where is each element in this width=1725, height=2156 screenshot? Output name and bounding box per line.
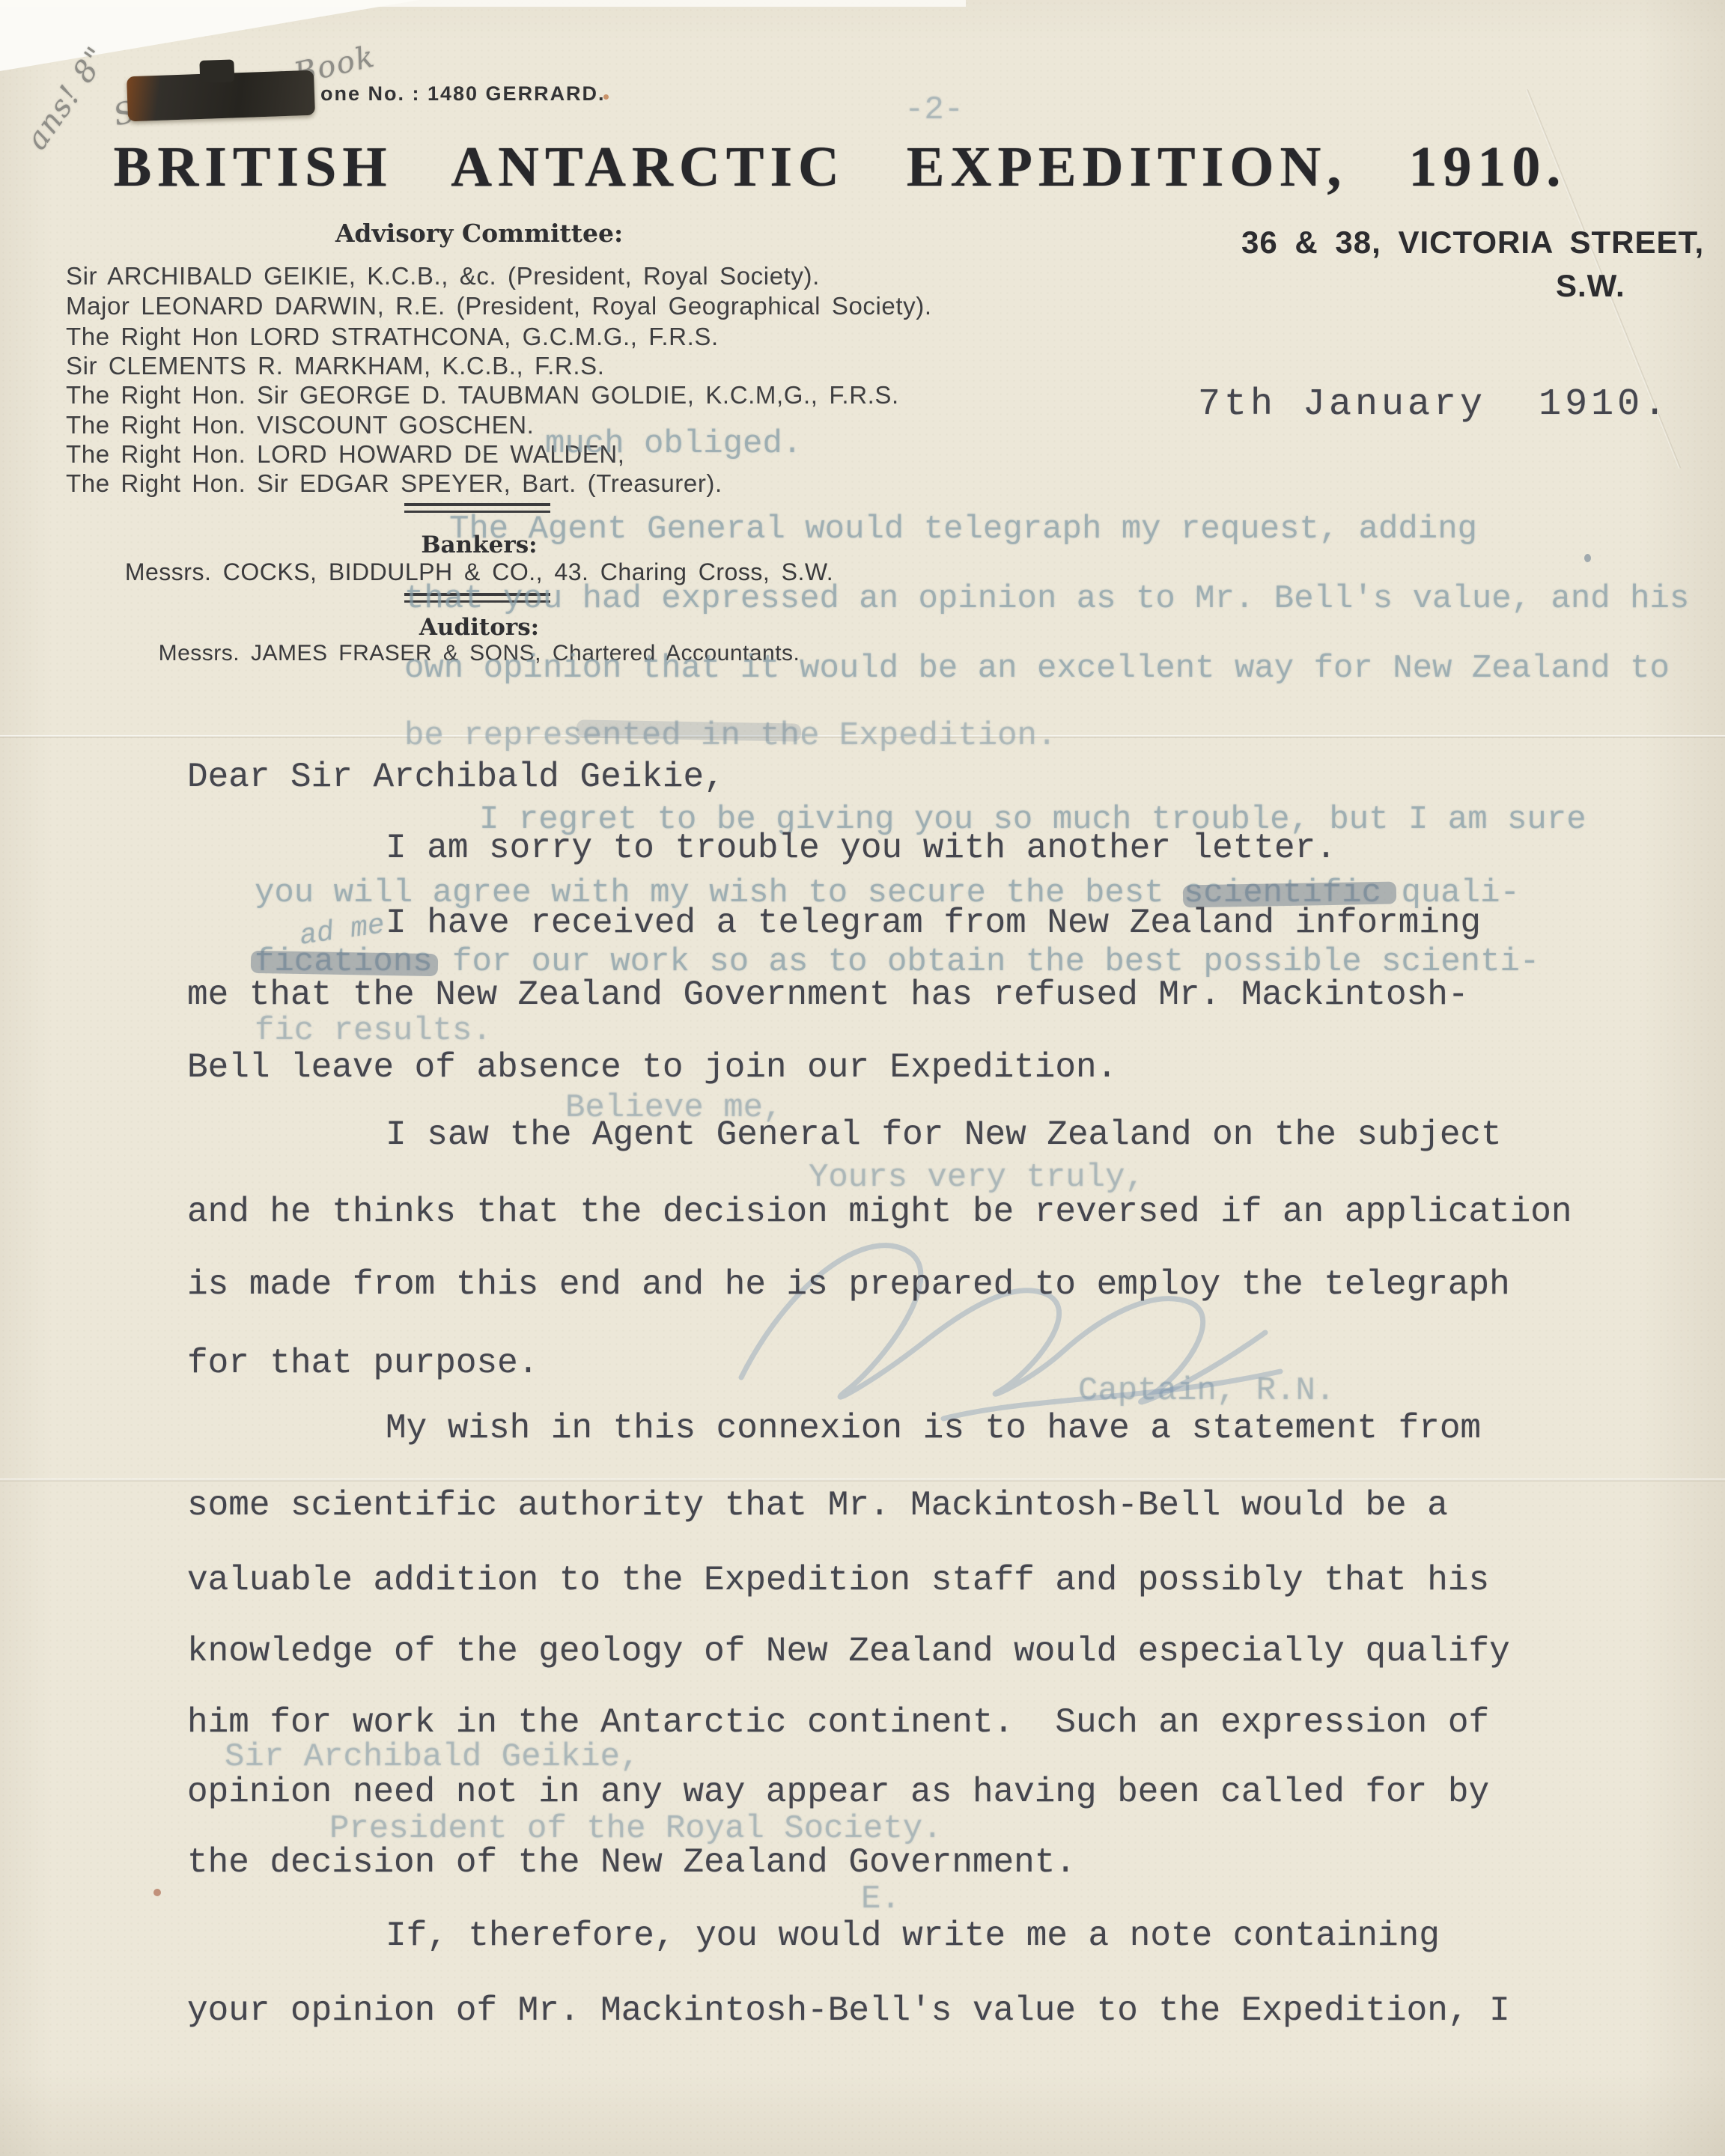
letter-line: is made from this end and he is prepared… bbox=[187, 1265, 1510, 1304]
signature-bleedthrough bbox=[696, 1198, 1310, 1430]
letter-line: If, therefore, you would write me a note… bbox=[386, 1916, 1440, 1955]
letter-line: My wish in this connexion is to have a s… bbox=[386, 1409, 1481, 1448]
horizontal-fold-crease bbox=[0, 1479, 1725, 1482]
committee-member: Sir ARCHIBALD GEIKIE, K.C.B., &c. (Presi… bbox=[66, 262, 820, 290]
bleedthrough-line: that you had expressed an opinion as to … bbox=[404, 580, 1689, 618]
letter-line: knowledge of the geology of New Zealand … bbox=[187, 1632, 1510, 1671]
salutation: Dear Sir Archibald Geikie, bbox=[187, 758, 725, 797]
scan-top-edge bbox=[0, 0, 966, 7]
letter-line: I saw the Agent General for New Zealand … bbox=[386, 1115, 1502, 1154]
letter-scan-page: ans! 8" See Letter Book one No. : 1480 G… bbox=[0, 0, 1725, 2156]
bleedthrough-line: E. bbox=[861, 1881, 901, 1918]
bleedthrough-line: President of the Royal Society. bbox=[329, 1810, 943, 1848]
committee-member: The Right Hon. VISCOUNT GOSCHEN. bbox=[66, 411, 534, 439]
letter-line: I am sorry to trouble you with another l… bbox=[386, 829, 1336, 868]
letter-line: Bell leave of absence to join our Expedi… bbox=[187, 1048, 1117, 1087]
letter-line: valuable addition to the Expedition staf… bbox=[187, 1561, 1489, 1600]
committee-member: The Right Hon. LORD HOWARD DE WALDEN, bbox=[66, 440, 625, 469]
committee-member: Major LEONARD DARWIN, R.E. (President, R… bbox=[66, 292, 932, 320]
bleedthrough-line: Yours very truly, bbox=[809, 1159, 1145, 1196]
auditors-heading: Auditors: bbox=[0, 614, 958, 641]
letter-line: for that purpose. bbox=[187, 1344, 538, 1383]
letterhead-title: BRITISH ANTARCTIC EXPEDITION, 1910. bbox=[0, 135, 1680, 200]
staple bbox=[127, 70, 315, 122]
address-line-2: S.W. bbox=[1556, 268, 1625, 304]
letter-line: opinion need not in any way appear as ha… bbox=[187, 1773, 1489, 1812]
bleedthrough-line: Sir Archibald Geikie, bbox=[225, 1738, 640, 1776]
phone-number-line: one No. : 1480 GERRARD. bbox=[320, 82, 606, 106]
letter-line: I have received a telegram from New Zeal… bbox=[386, 904, 1481, 943]
letter-line: the decision of the New Zealand Governme… bbox=[187, 1843, 1076, 1882]
date-line: 7th January 1910. bbox=[1198, 383, 1670, 426]
letter-line: your opinion of Mr. Mackintosh-Bell's va… bbox=[187, 1991, 1510, 2030]
paper-speck bbox=[1584, 554, 1591, 562]
letter-line: some scientific authority that Mr. Macki… bbox=[187, 1486, 1448, 1525]
bleedthrough-line: fic results. bbox=[255, 1012, 492, 1050]
letter-line: me that the New Zealand Government has r… bbox=[187, 975, 1468, 1014]
advisory-committee-heading: Advisory Committee: bbox=[0, 219, 958, 248]
bleedthrough-line: The Agent General would telegraph my req… bbox=[449, 511, 1477, 548]
letter-line: and he thinks that the decision might be… bbox=[187, 1193, 1572, 1231]
strikethrough-mark bbox=[251, 951, 438, 976]
bleedthrough-page-number: -2- bbox=[904, 91, 964, 129]
letter-line: him for work in the Antarctic continent.… bbox=[187, 1703, 1489, 1742]
paper-speck bbox=[153, 1889, 161, 1896]
committee-member: The Right Hon LORD STRATHCONA, G.C.M.G.,… bbox=[66, 323, 719, 351]
committee-member: Sir CLEMENTS R. MARKHAM, K.C.B., F.R.S. bbox=[66, 352, 605, 380]
bleedthrough-line: own opinion that it would be an excellen… bbox=[404, 650, 1670, 687]
committee-member: The Right Hon. Sir EDGAR SPEYER, Bart. (… bbox=[66, 469, 722, 498]
committee-member: The Right Hon. Sir GEORGE D. TAUBMAN GOL… bbox=[66, 381, 899, 409]
bleedthrough-line: much obliged. bbox=[545, 425, 802, 463]
address-line-1: 36 & 38, VICTORIA STREET, bbox=[1241, 225, 1704, 261]
